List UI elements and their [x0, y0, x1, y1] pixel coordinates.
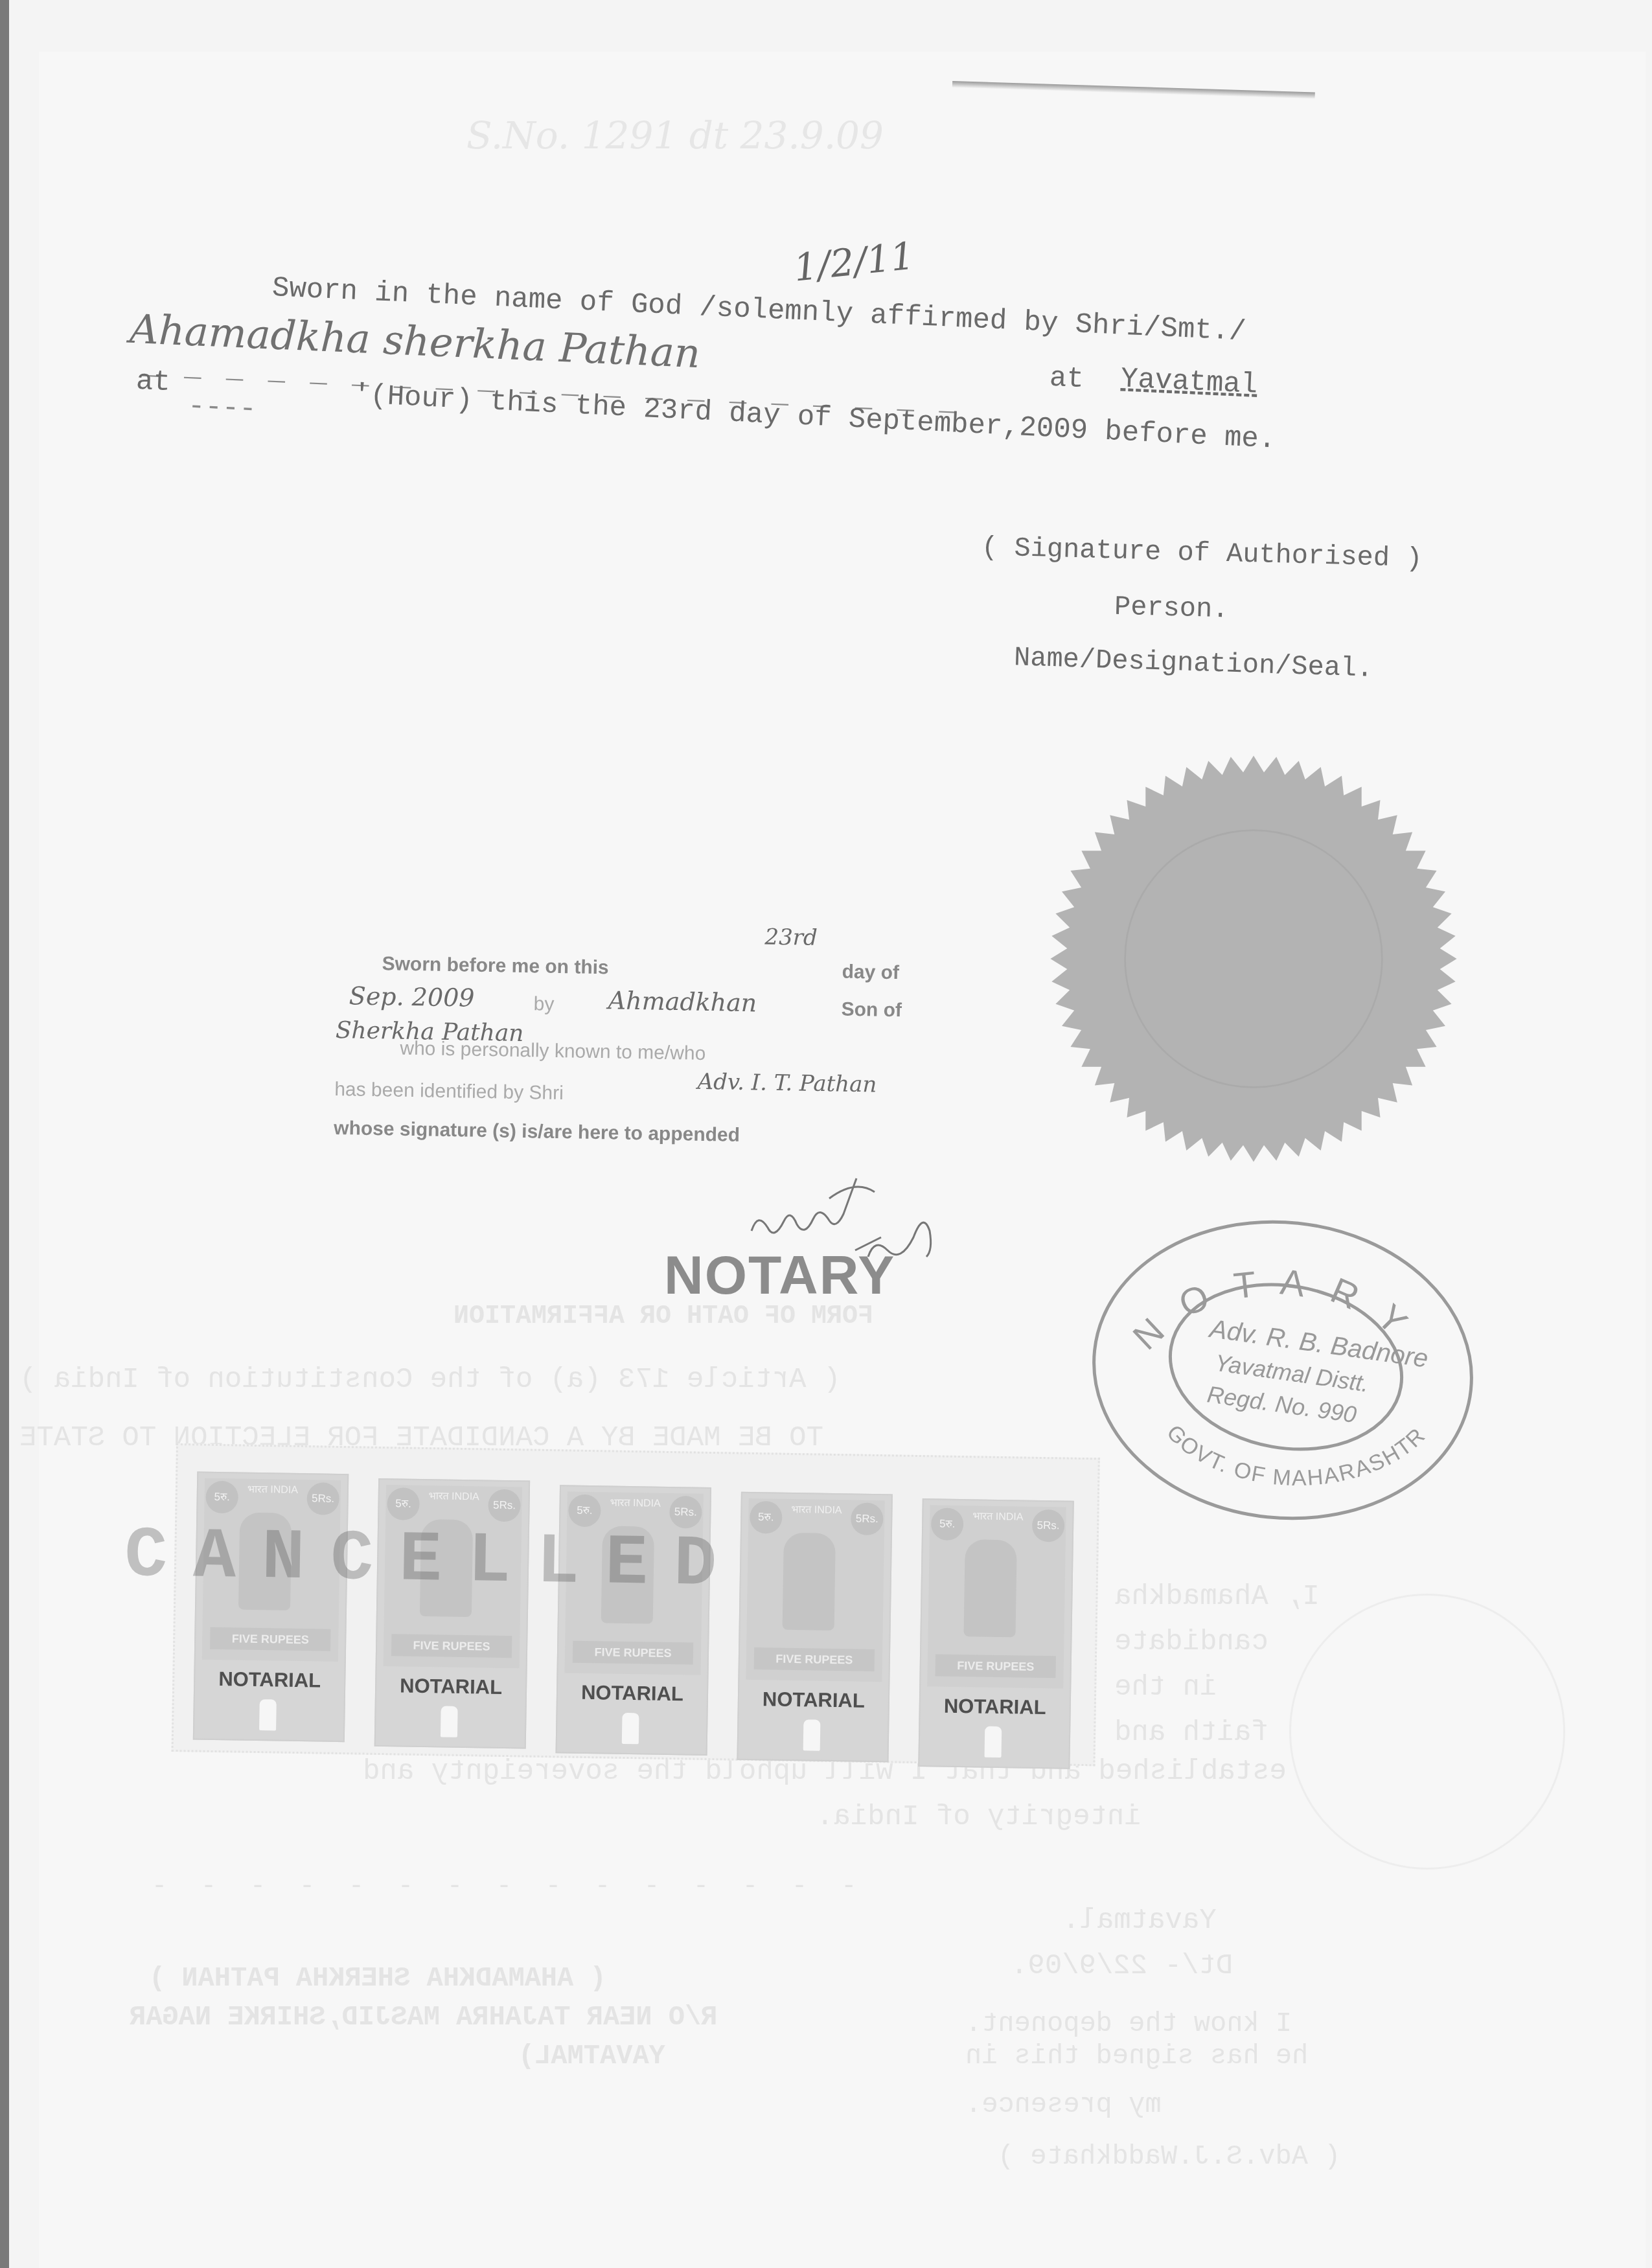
- bleed-advocate: ( Adv.S.J.Waddkhate ): [998, 2141, 1340, 2172]
- stamp-notarial-label: NOTARIAL: [920, 1694, 1070, 1720]
- stamp-value-text: FIVE RUPEES: [210, 1627, 331, 1651]
- notarial-revenue-stamp: 5रु. भारत INDIA 5Rs. FIVE RUPEES NOTARIA…: [374, 1478, 530, 1749]
- bleed-know-2: he has signed this in: [965, 2041, 1308, 2072]
- place-value: Yavatmal: [1120, 363, 1258, 402]
- place-prefix: at: [1049, 362, 1084, 396]
- notarial-revenue-stamp: 5रु. भारत INDIA 5Rs. FIVE RUPEES NOTARIA…: [737, 1492, 892, 1763]
- stamp-value-text: FIVE RUPEES: [573, 1641, 694, 1665]
- ashoka-pillar-icon: [441, 1706, 458, 1737]
- bleed-sign-line: - - - - - - - - - - - - - - -: [143, 1872, 856, 1901]
- bleed-para-1: I, Ahamadkha: [1114, 1581, 1320, 1613]
- bleed-para-2: candidate: [1114, 1626, 1268, 1658]
- ashoka-pillar-icon: [985, 1726, 1002, 1758]
- notarial-revenue-stamp: 5रु. भारत INDIA 5Rs. FIVE RUPEES NOTARIA…: [918, 1498, 1073, 1769]
- stamp-notarial-label: NOTARIAL: [195, 1667, 345, 1693]
- notarial-stamps-strip: 5रु. भारत INDIA 5Rs. FIVE RUPEES NOTARIA…: [172, 1443, 1100, 1766]
- attest-identifier-handwritten: Adv. I. T. Pathan: [697, 1069, 877, 1098]
- stamp-value-text: FIVE RUPEES: [391, 1634, 512, 1658]
- attest-line1-suffix: day of: [842, 961, 899, 985]
- attestation-stamp-block: Sworn before me on this 23rd day of Sep.…: [334, 952, 959, 1158]
- notary-rubber-stamp-word: NOTARY: [664, 1244, 895, 1307]
- stamp-notarial-label: NOTARIAL: [739, 1688, 889, 1713]
- top-faint-note: S.No. 1291 dt 23.9.09: [466, 113, 884, 157]
- attest-name-handwritten: Ahmadkhan: [608, 986, 757, 1017]
- bleed-address2: YAVATMAL): [518, 2041, 665, 2072]
- bleed-address1: R/O NEAR TAJAHRA MASJID,SHIRKE NAGAR: [130, 2002, 717, 2033]
- attest-son-of-label: Son of: [841, 999, 902, 1022]
- hour-blank: ----: [187, 391, 257, 426]
- embossed-foil-seal: [1046, 751, 1461, 1166]
- bleed-para-4: faith and: [1114, 1717, 1268, 1749]
- lion-capital-emblem-icon: [963, 1539, 1016, 1637]
- stamp-value-text: FIVE RUPEES: [754, 1647, 875, 1671]
- bleed-round-stamp: [1289, 1594, 1565, 1870]
- notary-round-stamp: NOTARY GOVT. OF MAHARASHTRA Adv. R. B. B…: [1088, 1218, 1477, 1522]
- bleed-article: ( Article 173 (a) of the Constitution of…: [19, 1364, 840, 1396]
- attest-day-handwritten: 23rd: [764, 924, 818, 951]
- notarial-revenue-stamp: 5रु. भारत INDIA 5Rs. FIVE RUPEES NOTARIA…: [193, 1472, 349, 1743]
- attest-line3: who is personally known to me/who: [400, 1038, 706, 1065]
- scan-left-edge: [0, 0, 9, 2268]
- bleed-deponent: ( AHAMADKHA SHERKHA PATHAN ): [149, 1963, 606, 1994]
- bleed-para-3: in the: [1114, 1671, 1217, 1704]
- bleed-know-3: my presence.: [965, 2089, 1161, 2120]
- bleed-know-1: I know the deponent.: [965, 2008, 1292, 2039]
- stamp-value-text: FIVE RUPEES: [935, 1654, 1056, 1678]
- stamp-notarial-label: NOTARIAL: [558, 1680, 707, 1706]
- stamp-notarial-label: NOTARIAL: [376, 1674, 526, 1700]
- attest-line4-prefix: has been identified by Shri: [334, 1079, 564, 1105]
- signature-label-line2: Person.: [1114, 591, 1229, 626]
- oath-line3-prefix: at: [135, 365, 171, 399]
- bleed-place: Yavatmal.: [1062, 1905, 1217, 1937]
- ashoka-pillar-icon: [259, 1699, 277, 1730]
- lion-capital-emblem-icon: [783, 1533, 836, 1631]
- attest-month-year-handwritten: Sep. 2009: [349, 981, 474, 1012]
- attest-line1-prefix: Sworn before me on this: [382, 953, 609, 979]
- bleed-heading: FORM OF OATH OR AFFIRMATION: [453, 1302, 873, 1331]
- attest-by-label: by: [533, 993, 554, 1016]
- bleed-para-6: integrity of India.: [816, 1801, 1141, 1833]
- ashoka-pillar-icon: [622, 1713, 639, 1744]
- attest-line5: whose signature (s) is/are here to appen…: [334, 1117, 740, 1147]
- bleed-date: Dt/- 22/9/09.: [1011, 1950, 1233, 1982]
- cancellation-overprint: CANCELLED: [124, 1516, 743, 1607]
- ashoka-pillar-icon: [803, 1719, 821, 1750]
